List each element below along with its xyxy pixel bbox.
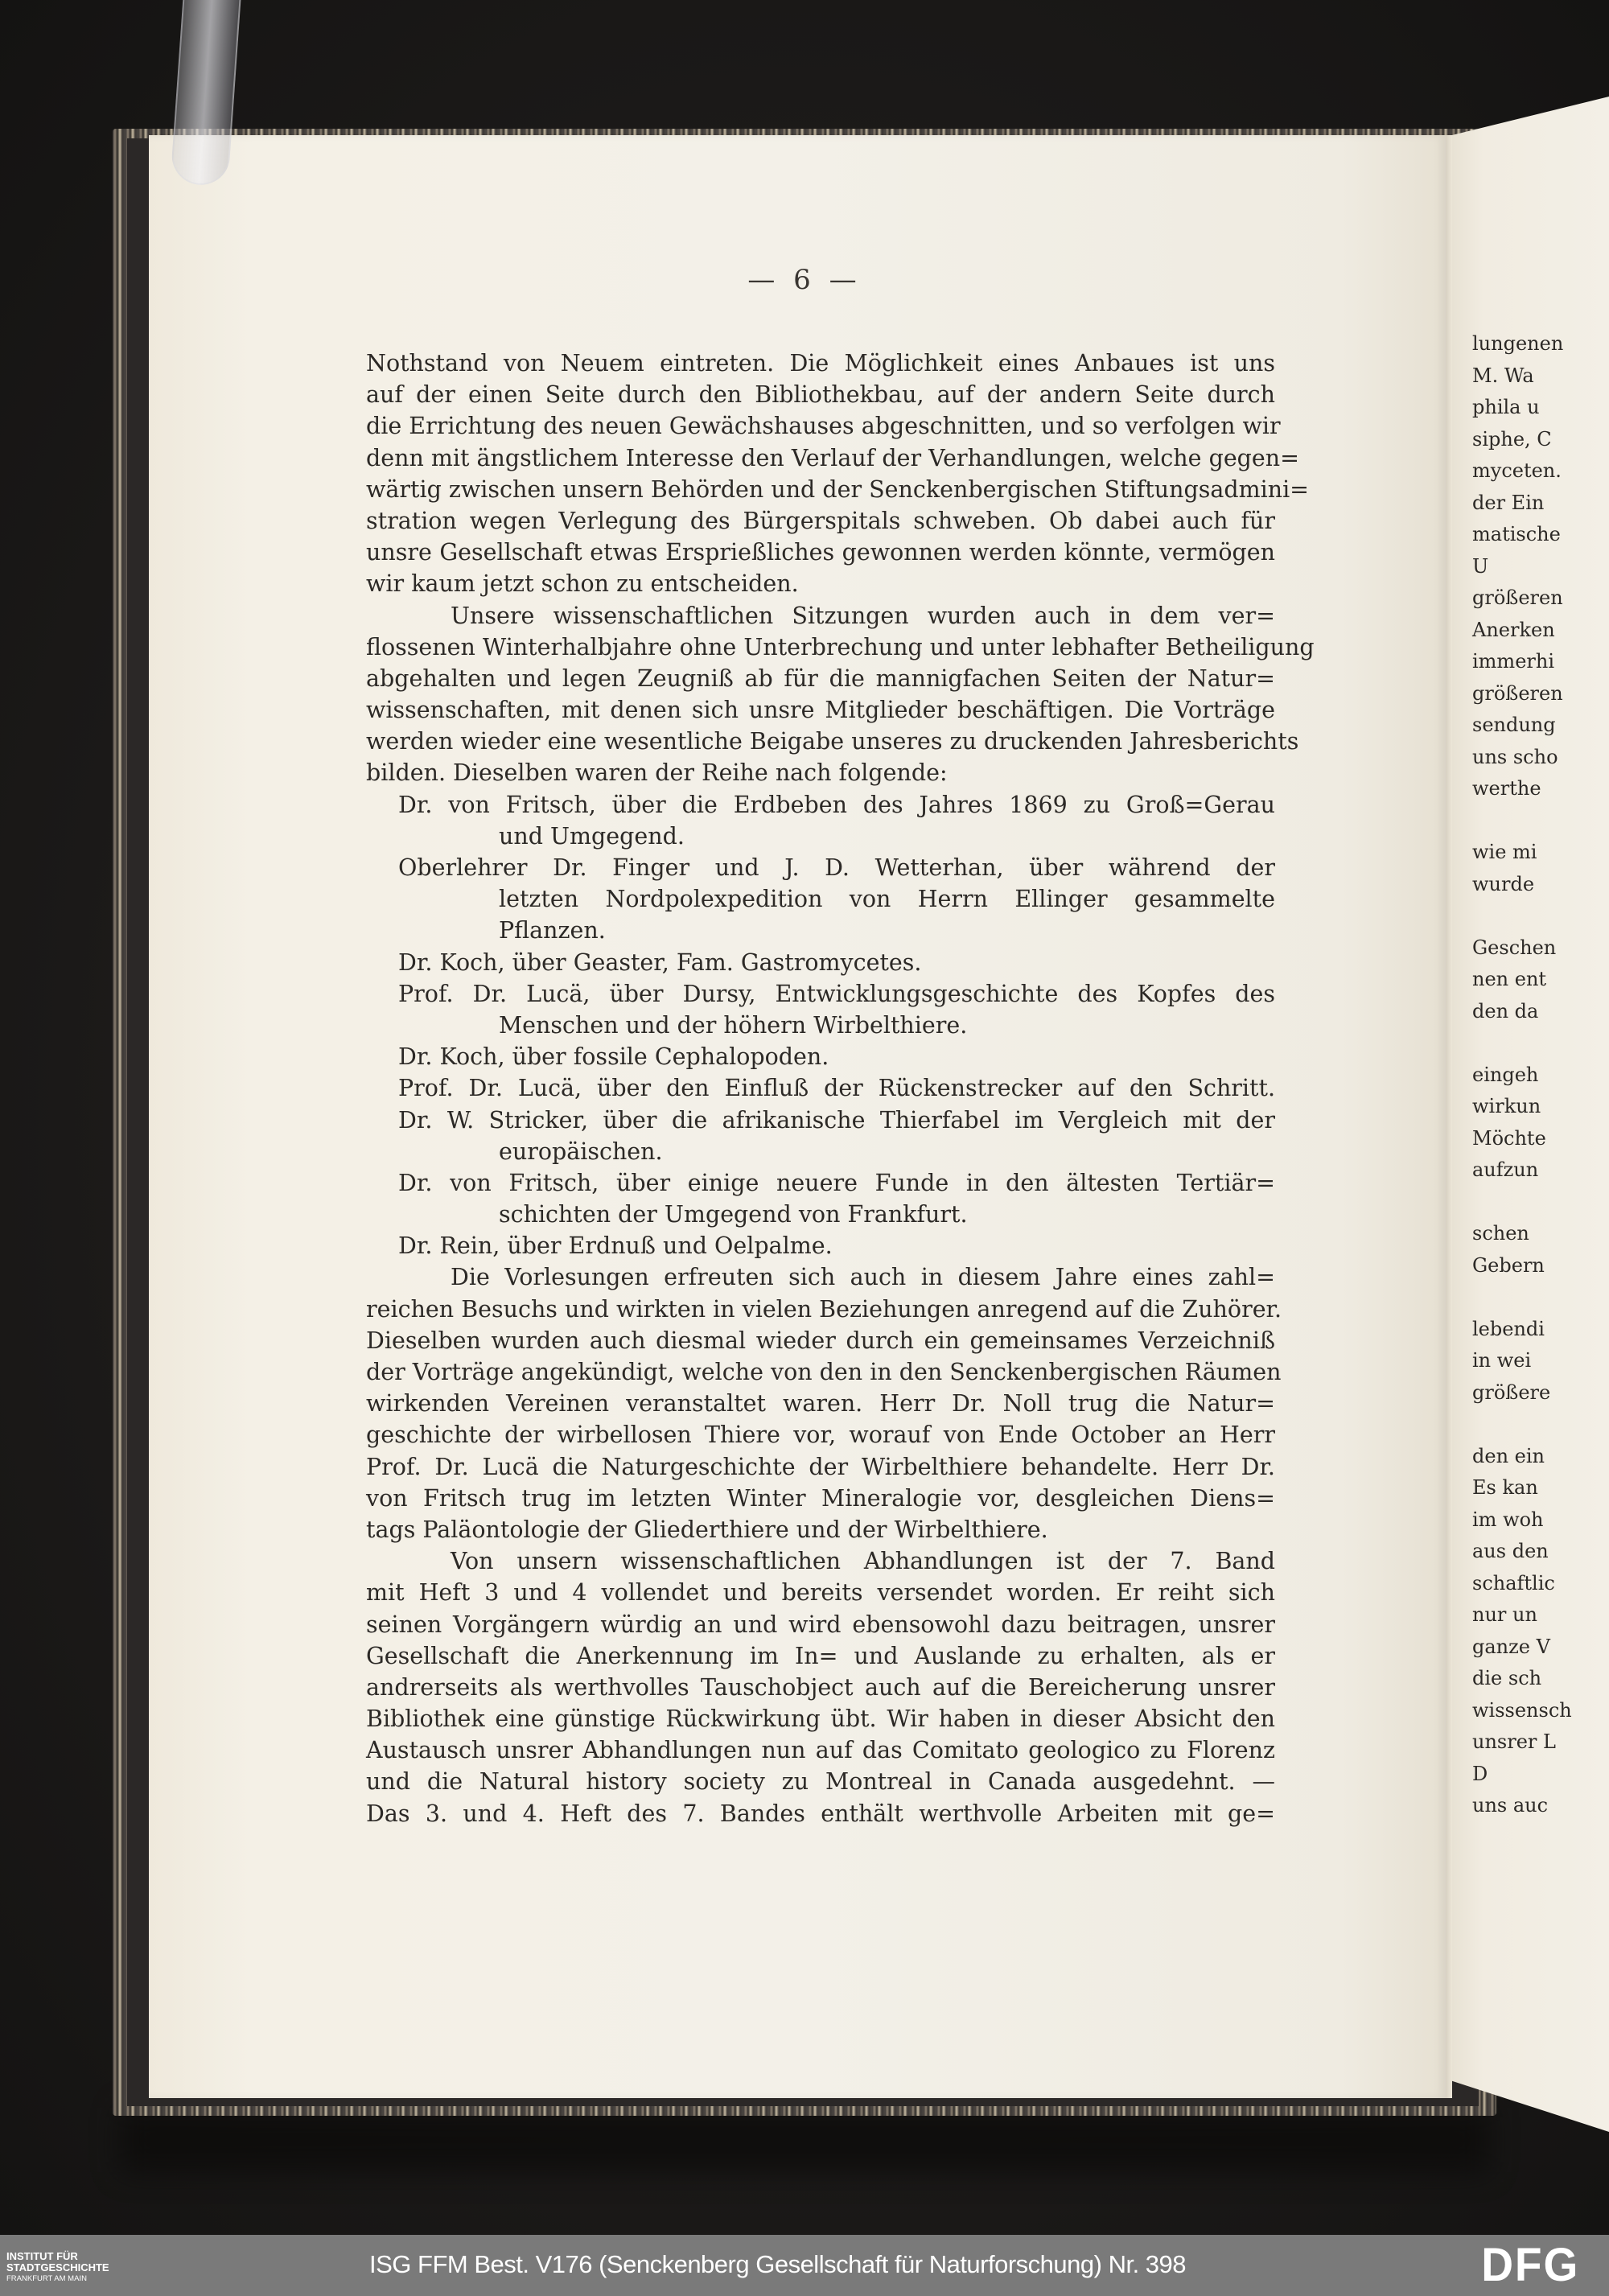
- book-shadow: [121, 2108, 1488, 2172]
- text-line: seinen Vorgängern würdig an und wird ebe…: [366, 1609, 1275, 1640]
- right-text-fragment: unsrer L: [1472, 1726, 1609, 1759]
- institution-line-2: STADTGESCHICHTE: [6, 2262, 109, 2273]
- text-line: wir kaum jetzt schon zu entscheiden.: [366, 568, 1275, 599]
- right-page-text-fragment: lungenenM. Waphila usiphe, Cmyceten.der …: [1472, 328, 1609, 1822]
- right-text-fragment: Geschen: [1472, 932, 1609, 965]
- right-text-fragment: aus den: [1472, 1536, 1609, 1568]
- text-line: reichen Besuchs und wirkten in vielen Be…: [366, 1294, 1275, 1325]
- right-text-fragment: [1472, 1027, 1609, 1060]
- dfg-logo: DFG: [1481, 2245, 1579, 2286]
- right-text-fragment: immerhi: [1472, 646, 1609, 678]
- right-text-fragment: lebendi: [1472, 1314, 1609, 1346]
- right-text-fragment: aufzun: [1472, 1154, 1609, 1187]
- right-text-fragment: sendung: [1472, 710, 1609, 742]
- text-line: die Errichtung des neuen Gewächshauses a…: [366, 410, 1275, 442]
- right-text-fragment: größeren: [1472, 678, 1609, 710]
- text-line: schichten der Umgegend von Frankfurt.: [366, 1199, 1275, 1230]
- text-line: Von unsern wissenschaftlichen Abhandlung…: [366, 1545, 1275, 1577]
- right-text-fragment: Es kan: [1472, 1472, 1609, 1504]
- right-text-fragment: siphe, C: [1472, 424, 1609, 456]
- text-line: unsre Gesellschaft etwas Ersprießliches …: [366, 537, 1275, 568]
- right-text-fragment: ganze V: [1472, 1631, 1609, 1664]
- text-line: Pflanzen.: [366, 915, 1275, 946]
- text-line: Dr. von Fritsch, über einige neuere Fund…: [366, 1167, 1275, 1199]
- text-line: geschichte der wirbellosen Thiere vor, w…: [366, 1419, 1275, 1450]
- text-line: wissenschaften, mit denen sich unsre Mit…: [366, 694, 1275, 726]
- text-line: Nothstand von Neuem eintreten. Die Mögli…: [366, 348, 1275, 379]
- text-line: europäischen.: [366, 1136, 1275, 1167]
- text-line: stration wegen Verlegung des Bürgerspita…: [366, 505, 1275, 537]
- text-line: abgehalten und legen Zeugniß ab für die …: [366, 663, 1275, 694]
- text-line: denn mit ängstlichem Interesse den Verla…: [366, 442, 1275, 474]
- right-text-fragment: [1472, 805, 1609, 837]
- text-line: Gesellschaft die Anerkennung im In= und …: [366, 1640, 1275, 1672]
- right-text-fragment: den da: [1472, 996, 1609, 1028]
- right-text-fragment: schen: [1472, 1218, 1609, 1250]
- right-text-fragment: [1472, 1409, 1609, 1441]
- text-line: auf der einen Seite durch den Bibliothek…: [366, 379, 1275, 410]
- text-line: wirkenden Vereinen veranstaltet waren. H…: [366, 1388, 1275, 1419]
- text-line: Bibliothek eine günstige Rückwirkung übt…: [366, 1703, 1275, 1734]
- right-text-fragment: [1472, 1187, 1609, 1219]
- right-text-fragment: lungenen: [1472, 328, 1609, 360]
- left-page-text: Nothstand von Neuem eintreten. Die Mögli…: [366, 348, 1275, 1829]
- text-line: Unsere wissenschaftlichen Sitzungen wurd…: [366, 600, 1275, 632]
- text-line: bilden. Dieselben waren der Reihe nach f…: [366, 757, 1275, 788]
- text-line: Die Vorlesungen erfreuten sich auch in d…: [366, 1261, 1275, 1293]
- page-number: — 6 —: [724, 264, 885, 296]
- right-text-fragment: Möchte: [1472, 1123, 1609, 1155]
- text-line: von Fritsch trug im letzten Winter Miner…: [366, 1483, 1275, 1514]
- right-text-fragment: matische: [1472, 519, 1609, 551]
- text-line: Das 3. und 4. Heft des 7. Bandes enthält…: [366, 1798, 1275, 1829]
- right-text-fragment: Anerken: [1472, 615, 1609, 647]
- footer-bar: INSTITUT FÜR STADTGESCHICHTE FRANKFURT A…: [0, 2235, 1609, 2296]
- right-text-fragment: die sch: [1472, 1663, 1609, 1695]
- right-text-fragment: schaftlic: [1472, 1568, 1609, 1600]
- book-gutter: [1446, 135, 1452, 2098]
- right-text-fragment: phila u: [1472, 392, 1609, 424]
- text-line: Dr. Koch, über fossile Cephalopoden.: [366, 1041, 1275, 1072]
- text-line: Dr. Koch, über Geaster, Fam. Gastromycet…: [366, 947, 1275, 978]
- right-text-fragment: wie mi: [1472, 837, 1609, 869]
- right-text-fragment: uns auc: [1472, 1790, 1609, 1822]
- text-line: Dr. W. Stricker, über die afrikanische T…: [366, 1105, 1275, 1136]
- right-text-fragment: nur un: [1472, 1599, 1609, 1631]
- right-text-fragment: größere: [1472, 1377, 1609, 1409]
- text-line: Prof. Dr. Lucä die Naturgeschichte der W…: [366, 1451, 1275, 1483]
- right-text-fragment: im woh: [1472, 1504, 1609, 1537]
- text-line: und Umgegend.: [366, 821, 1275, 852]
- institution-logo: INSTITUT FÜR STADTGESCHICHTE FRANKFURT A…: [6, 2251, 109, 2285]
- right-text-fragment: M. Wa: [1472, 360, 1609, 393]
- right-text-fragment: myceten.: [1472, 455, 1609, 488]
- text-line: Dieselben wurden auch diesmal wieder dur…: [366, 1325, 1275, 1356]
- institution-line-1: INSTITUT FÜR: [6, 2251, 109, 2262]
- text-line: Dr. von Fritsch, über die Erdbeben des J…: [366, 789, 1275, 821]
- text-line: Dr. Rein, über Erdnuß und Oelpalme.: [366, 1230, 1275, 1261]
- text-line: Prof. Dr. Lucä, über Dursy, Entwicklungs…: [366, 978, 1275, 1010]
- text-line: werden wieder eine wesentliche Beigabe u…: [366, 726, 1275, 757]
- text-line: letzten Nordpolexpedition von Herrn Elli…: [366, 883, 1275, 915]
- right-text-fragment: [1472, 900, 1609, 932]
- right-text-fragment: wirkun: [1472, 1091, 1609, 1123]
- right-text-fragment: größeren: [1472, 582, 1609, 615]
- text-line: Austausch unsrer Abhandlungen nun auf da…: [366, 1734, 1275, 1766]
- right-text-fragment: Gebern: [1472, 1250, 1609, 1282]
- right-text-fragment: [1472, 1282, 1609, 1314]
- right-text-fragment: wissensch: [1472, 1695, 1609, 1727]
- text-line: und die Natural history society zu Montr…: [366, 1766, 1275, 1797]
- right-text-fragment: in wei: [1472, 1345, 1609, 1377]
- right-text-fragment: D: [1472, 1759, 1609, 1791]
- right-text-fragment: wurde: [1472, 869, 1609, 901]
- text-line: mit Heft 3 und 4 vollendet und bereits v…: [366, 1577, 1275, 1608]
- right-text-fragment: werthe: [1472, 773, 1609, 805]
- right-text-fragment: U: [1472, 551, 1609, 583]
- document-citation: ISG FFM Best. V176 (Senckenberg Gesellsc…: [369, 2250, 1186, 2279]
- right-text-fragment: eingeh: [1472, 1060, 1609, 1092]
- text-line: flossenen Winterhalbjahre ohne Unterbrec…: [366, 632, 1275, 663]
- right-text-fragment: der Ein: [1472, 488, 1609, 520]
- right-text-fragment: nen ent: [1472, 964, 1609, 996]
- right-text-fragment: uns scho: [1472, 742, 1609, 774]
- text-line: tags Paläontologie der Gliederthiere und…: [366, 1514, 1275, 1545]
- text-line: andrerseits als werthvolles Tauschobject…: [366, 1672, 1275, 1703]
- institution-line-3: FRANKFURT AM MAIN: [6, 2273, 109, 2285]
- text-line: Oberlehrer Dr. Finger und J. D. Wetterha…: [366, 852, 1275, 883]
- text-line: Menschen und der höhern Wirbelthiere.: [366, 1010, 1275, 1041]
- text-line: wärtig zwischen unsern Behörden und der …: [366, 474, 1275, 505]
- text-line: Prof. Dr. Lucä, über den Einfluß der Rüc…: [366, 1072, 1275, 1104]
- text-line: der Vorträge angekündigt, welche von den…: [366, 1356, 1275, 1388]
- right-text-fragment: den ein: [1472, 1441, 1609, 1473]
